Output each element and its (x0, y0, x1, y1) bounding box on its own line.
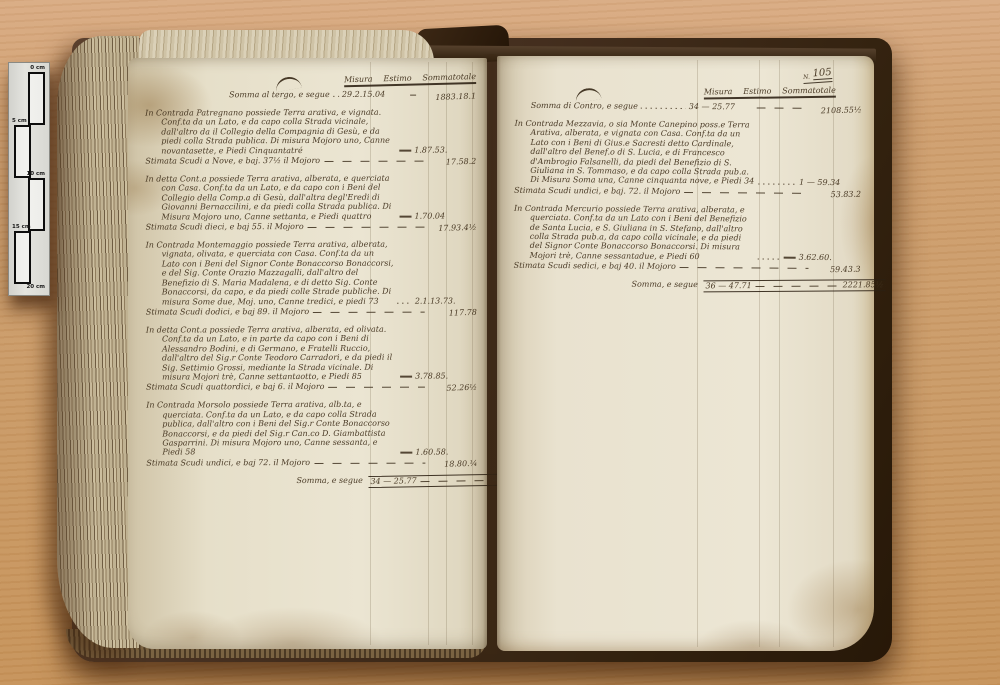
ledger-entry: In detta Cont.a possiede Terra arativa, … (146, 324, 477, 392)
entry-estimo-value: 52.26½ (429, 383, 477, 393)
dotted-leader (758, 182, 796, 184)
dashed-leader (324, 160, 424, 162)
dashed-leader (410, 94, 416, 96)
dash-mark (399, 150, 411, 152)
ledger-entry: In Contrada Mezzavia, o sia Monte Canepi… (514, 119, 862, 197)
entry-estimo-value: 18.80.¼ (429, 459, 477, 469)
column-header-sommatotale: Sommatotale (782, 86, 836, 96)
page-sum-row: Somma, e segue 34 — 25.77 2108.55½ (146, 474, 477, 487)
left-page: Misura Estimo Sommatotale Somma al tergo… (128, 58, 487, 649)
dashed-leader (757, 106, 802, 108)
scale-label-0cm: 0 cm (30, 65, 45, 71)
dash-mark (784, 257, 796, 259)
entry-misura-value: 1.70.04 (415, 211, 477, 220)
scale-bar: 0 cm 5 cm 10 cm 15 cm 20 cm (8, 62, 50, 296)
dotted-leader (641, 107, 686, 109)
column-header-sommatotale: Sommatotale (422, 72, 476, 82)
entry-text: In Contrada Montemaggio possiede Terra a… (146, 240, 394, 307)
sum-label: Somma, e segue (631, 280, 698, 289)
dash-mark (400, 376, 412, 378)
entry-estimo-value: 59.43.3 (813, 265, 861, 275)
entry-text: In detta Cont.a possiede Terra arativa, … (146, 325, 394, 382)
column-header-estimo: Estimo (383, 74, 411, 84)
dash-mark (400, 216, 412, 218)
entry-valuation-text: Stimata Scudi undici, e baj 72. il Mojor… (146, 458, 310, 468)
sum-label: Somma, e segue (296, 476, 362, 485)
carry-forward-row: Somma di Contro, e segue 34 — 25.77 2108… (515, 101, 862, 112)
entry-estimo-value: 17.93.4½ (428, 223, 476, 233)
entry-valuation-text: Stimata Scudi a Nove, e baj. 37½ il Mojo… (145, 156, 320, 166)
scale-bar-segment (28, 72, 45, 125)
entry-misura-value: 3.78.85. (415, 372, 477, 381)
entry-text: In detta Cont.a possiede Terra arativa, … (145, 174, 393, 222)
carry-label: Somma di Contro, e segue (531, 101, 638, 111)
dashed-leader (756, 285, 839, 288)
ledger-entry: In Contrada Patregnano possiede Terra ar… (145, 107, 476, 165)
ledger-entry: In Contrada Mercurio possiede Terra arat… (514, 204, 861, 273)
entry-text: In Contrada Mercurio possiede Terra arat… (514, 204, 755, 262)
column-header-estimo: Estimo (743, 87, 771, 96)
ledger-entry: In Contrada Montemaggio possiede Terra a… (146, 239, 477, 316)
entry-estimo-value: 17.58.2 (428, 157, 476, 167)
book-gutter-shadow (483, 54, 501, 654)
carry-misura-value: 34 — 25.77 (689, 102, 753, 111)
sum-somma-value: 2221.85½ (843, 280, 884, 289)
carry-somma-value: 1883.18.1 (420, 91, 476, 102)
dashed-leader (684, 191, 809, 194)
scale-label-15cm: 15 cm (12, 224, 31, 230)
sum-misura-value: 34 — 25.77 (371, 476, 417, 486)
sum-misura-value: 36 — 47.71 (706, 281, 752, 290)
sum-values: 36 — 47.71 2221.85½ (704, 279, 886, 292)
dashed-leader (314, 461, 425, 463)
ledger-entry: In Contrada Morsolo possiede Terra arati… (146, 400, 477, 468)
entry-misura-value: 2.1.13.73. (415, 296, 477, 305)
entry-text: In Contrada Patregnano possiede Terra ar… (145, 108, 393, 156)
carry-misura-value: 29.2.15.04 (342, 90, 406, 99)
entry-misura-value: 1.60.58. (415, 447, 477, 456)
entry-misura-value: 1 — 59.34 (799, 178, 861, 187)
scale-label-10cm: 10 cm (26, 171, 45, 177)
dashed-leader (313, 310, 425, 312)
scale-label-20cm: 20 cm (26, 284, 45, 290)
column-headers: Misura Estimo Sommatotale (344, 72, 476, 87)
dotted-leader (397, 302, 412, 304)
ledger-entry: In detta Cont.a possiede Terra arativa, … (145, 173, 476, 231)
entry-valuation-text: Stimata Scudi dodici, e baj 89. il Mojor… (146, 307, 309, 317)
entry-valuation-text: Stimata Scudi undici, e baj. 72. il Mojo… (514, 186, 680, 196)
entry-estimo-value: 117.78 (429, 308, 477, 318)
entry-estimo-value: 53.83.2 (813, 189, 861, 199)
right-page: N. 105 Misura Estimo Sommatotale Somma d… (497, 56, 874, 651)
page-sum-row: Somma, e segue 36 — 47.71 2221.85½ (513, 278, 860, 292)
dotted-leader (758, 258, 781, 260)
entry-misura-value: 1.87.53. (414, 145, 476, 154)
carry-somma-value: 2108.55½ (806, 105, 862, 116)
dash-mark (400, 451, 412, 453)
column-headers: Misura Estimo Sommatotale (704, 86, 836, 100)
photo-scene: 0 cm 5 cm 10 cm 15 cm 20 cm Misura Estim… (0, 0, 1000, 685)
column-header-misura: Misura (704, 87, 733, 96)
entry-valuation-text: Stimata Scudi sedici, e baj 40. il Mojor… (514, 261, 676, 271)
dashed-leader (680, 266, 809, 269)
entry-valuation-text: Stimata Scudi quattordici, e baj 6. il M… (146, 382, 324, 392)
entry-valuation-text: Stimata Scudi dieci, e baj 55. il Mojoro (146, 222, 304, 232)
entry-text: In Contrada Morsolo possiede Terra arati… (146, 400, 394, 457)
dashed-leader (308, 226, 425, 228)
entry-misura-value: 3.62.60. (799, 253, 861, 262)
dotted-leader (333, 95, 339, 97)
entry-text: In Contrada Mezzavia, o sia Monte Canepi… (514, 119, 755, 187)
carry-forward-row: Somma al tergo, e segue 29.2.15.04 1883.… (145, 89, 476, 99)
dashed-leader (328, 386, 425, 388)
scale-bar-segment (14, 231, 31, 284)
scale-label-5cm: 5 cm (12, 118, 27, 124)
column-header-misura: Misura (344, 75, 373, 85)
